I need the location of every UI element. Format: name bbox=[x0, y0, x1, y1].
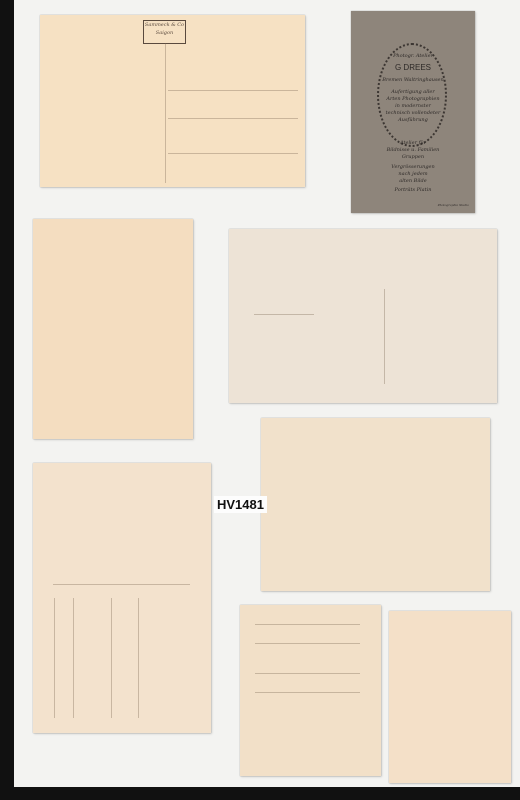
lower-line: alten Bilde bbox=[351, 178, 475, 185]
lower-line: Atelier für bbox=[351, 140, 475, 147]
scanner-edge-left bbox=[0, 0, 14, 800]
address-line bbox=[168, 90, 298, 91]
lower-line: nach jedem bbox=[351, 171, 475, 178]
column-line bbox=[73, 598, 74, 718]
address-line bbox=[168, 118, 298, 119]
writing-line bbox=[255, 624, 360, 625]
body-line: Ausführung bbox=[351, 117, 475, 124]
body-line: in modernster bbox=[351, 103, 475, 110]
lower-line: Bildnisse u. Familien bbox=[351, 147, 475, 154]
column-line bbox=[54, 598, 55, 718]
lower-line: Gruppen bbox=[351, 154, 475, 161]
catalog-label: HV1481 bbox=[214, 496, 267, 513]
address-line bbox=[254, 314, 314, 315]
divider-line bbox=[165, 43, 166, 183]
body-line: technisch vollendeter bbox=[351, 110, 475, 117]
horizontal-divider bbox=[53, 584, 190, 585]
column-line bbox=[138, 598, 139, 718]
writing-line bbox=[255, 643, 360, 644]
scanner-edge-bottom bbox=[0, 787, 520, 800]
writing-line bbox=[255, 692, 360, 693]
postcard-bottom-left bbox=[33, 463, 211, 733]
card-mid-left bbox=[33, 219, 193, 439]
writing-line bbox=[255, 673, 360, 674]
card-center-right bbox=[261, 418, 490, 591]
location: Bremen Waltringhausen bbox=[351, 77, 475, 84]
address-line bbox=[168, 153, 298, 154]
photographer-name: G DREES bbox=[351, 63, 475, 73]
atelier-header: Photogr. Atelier bbox=[351, 53, 475, 60]
postcard-mid-right bbox=[229, 229, 497, 403]
column-line bbox=[111, 598, 112, 718]
card-bottom-center bbox=[240, 605, 381, 776]
body-line: Arten Photographien bbox=[351, 96, 475, 103]
footer-imprint: Photographie Studio bbox=[389, 202, 469, 209]
postcard-top-left: Sammeck & Co Saigon bbox=[40, 15, 305, 187]
card-bottom-right bbox=[389, 611, 511, 783]
divider-line bbox=[384, 289, 385, 384]
publisher-stamp: Sammeck & Co Saigon bbox=[143, 20, 186, 44]
cabinet-card-gray: Photogr. Atelier G DREES Bremen Waltring… bbox=[351, 11, 475, 213]
lower-line: Vergrösserungen bbox=[351, 164, 475, 171]
body-line: Aufertigung aller bbox=[351, 89, 475, 96]
lower-line: Porträts Platin bbox=[351, 187, 475, 194]
